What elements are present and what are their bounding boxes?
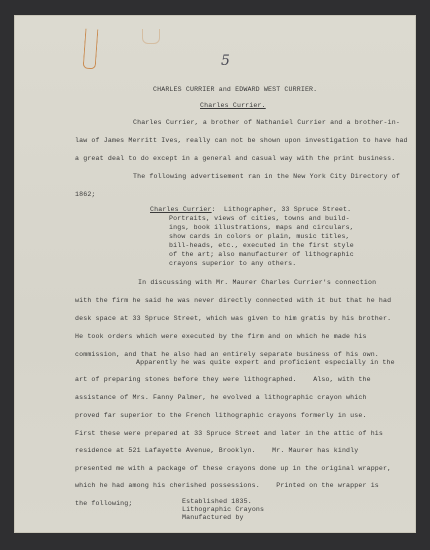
paragraph-line: a great deal to do except in a general a… — [75, 155, 395, 162]
paragraph-line: residence at 521 Lafayette Avenue, Brook… — [75, 447, 358, 454]
wrapper-line: Manufactured by — [182, 514, 244, 521]
paragraph-line: Apparently he was quite expert and profi… — [136, 359, 395, 366]
paragraph-line: desk space at 33 Spruce Street, which wa… — [75, 315, 391, 322]
paragraph-line: proved far superior to the French lithog… — [75, 412, 367, 419]
advertisement-line: ings, book illustrations, maps and circu… — [169, 224, 354, 231]
paragraph-line: 1862; — [75, 191, 96, 198]
page-number: 5 — [221, 53, 230, 69]
document-page: 5 CHARLES CURRIER and EDWARD WEST CURRIE… — [14, 15, 416, 533]
advertisement-line: show cards in colors or plain, music tit… — [169, 233, 350, 240]
paragraph-line: The following advertisement ran in the N… — [133, 173, 400, 180]
advertisement-line: crayons superior to any others. — [169, 260, 296, 267]
advertisement-line: Portraits, views of cities, towns and bu… — [169, 215, 350, 222]
wrapper-line: Lithographic Crayons — [182, 506, 264, 513]
paperclip-shadow-mark — [142, 29, 160, 44]
paragraph-line: with the firm he said he was never direc… — [75, 297, 391, 304]
paragraph-line: which he had among his cherished possess… — [75, 482, 379, 489]
advertisement-line: bill-heads, etc., executed in the first … — [169, 242, 354, 249]
advertisement-text: : Lithographer, 33 Spruce Street. — [212, 206, 352, 213]
wrapper-line: Established 1835. — [182, 498, 252, 505]
paperclip-mark — [83, 29, 99, 70]
paragraph-line: In discussing with Mr. Maurer Charles Cu… — [138, 279, 376, 286]
paragraph-line: assistance of Mrs. Fanny Palmer, he evol… — [75, 394, 367, 401]
advertisement-name: Charles Currier — [150, 206, 212, 213]
paragraph-line: presented me with a package of these cra… — [75, 465, 391, 472]
paragraph-line: First these were prepared at 33 Spruce S… — [75, 430, 383, 437]
paragraph-line: art of preparing stones before they were… — [75, 376, 371, 383]
advertisement-line: of the art; also manufacturer of lithogr… — [169, 251, 354, 258]
paragraph-line: law of James Merritt Ives, really can no… — [75, 137, 408, 144]
paragraph-line: the following; — [75, 500, 133, 507]
advertisement-line: Charles Currier: Lithographer, 33 Spruce… — [150, 206, 351, 213]
paragraph-line: He took orders which were executed by th… — [75, 333, 367, 340]
paragraph-line: commission, and that he also had an enti… — [75, 351, 379, 358]
document-title: CHARLES CURRIER and EDWARD WEST CURRIER. — [153, 86, 317, 93]
paragraph-line: Charles Currier, a brother of Nathaniel … — [133, 119, 400, 126]
section-heading: Charles Currier. — [200, 102, 266, 109]
